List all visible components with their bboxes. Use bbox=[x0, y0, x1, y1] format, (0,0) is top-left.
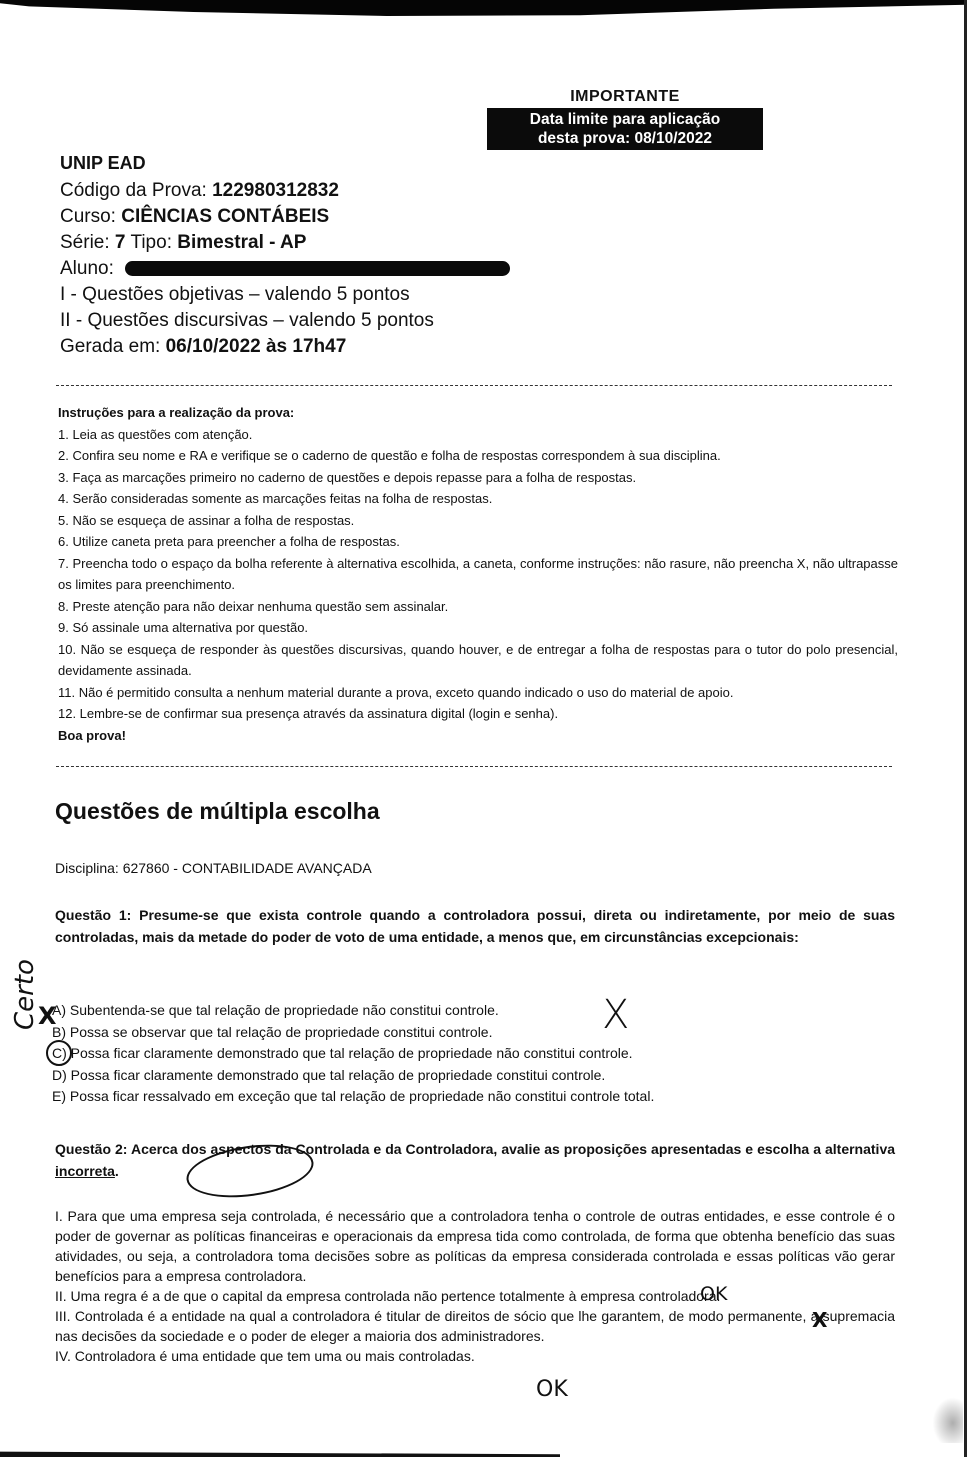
option-d[interactable]: D) Possa ficar claramente demonstrado qu… bbox=[52, 1065, 654, 1087]
instruction-item: 11. Não é permitido consulta a nenhum ma… bbox=[58, 682, 898, 704]
scan-edge-top bbox=[0, 0, 967, 16]
question-2-stem: Questão 2: Acerca dos aspectos da Contro… bbox=[55, 1138, 895, 1182]
series-value: 7 bbox=[115, 232, 126, 253]
instruction-item: 3. Faça as marcações primeiro no caderno… bbox=[58, 467, 898, 489]
discipline: Disciplina: 627860 - CONTABILIDADE AVANÇ… bbox=[55, 860, 372, 876]
question-1-text: Presume-se que exista controle quando a … bbox=[55, 907, 895, 945]
question-1-stem: Questão 1: Presume-se que exista control… bbox=[55, 904, 895, 948]
discursive-line: II - Questões discursivas – valendo 5 po… bbox=[60, 308, 510, 334]
exam-code-row: Código da Prova: 122980312832 bbox=[60, 178, 510, 204]
student-name-redacted bbox=[125, 261, 510, 276]
instruction-item: 1. Leia as questões com atenção. bbox=[58, 424, 898, 446]
exam-code-value: 122980312832 bbox=[212, 180, 339, 201]
instruction-item: 9. Só assinale uma alternativa por quest… bbox=[58, 617, 898, 639]
handwritten-x-ii: X bbox=[812, 1308, 827, 1332]
instructions-title: Instruções para a realização da prova: bbox=[58, 402, 898, 424]
generated-value: 06/10/2022 às 17h47 bbox=[166, 336, 347, 357]
deadline-box: Data limite para aplicação desta prova: … bbox=[487, 108, 763, 150]
question-2-end: . bbox=[115, 1163, 119, 1179]
divider-top bbox=[56, 385, 892, 386]
question-1-label: Questão 1: bbox=[55, 907, 131, 923]
option-e[interactable]: E) Possa ficar ressalvado em exceção que… bbox=[52, 1086, 654, 1108]
generated-row: Gerada em: 06/10/2022 às 17h47 bbox=[60, 334, 510, 360]
proposition-iii: III. Controlada é a entidade na qual a c… bbox=[55, 1306, 895, 1346]
type-value: Bimestral - AP bbox=[177, 232, 306, 253]
deadline-line-2: desta prova: 08/10/2022 bbox=[493, 129, 757, 148]
student-row: Aluno: bbox=[60, 256, 510, 282]
type-label: Tipo: bbox=[130, 232, 172, 253]
org-name: UNIP EAD bbox=[60, 150, 510, 176]
important-notice: IMPORTANTE Data limite para aplicação de… bbox=[487, 88, 763, 150]
course-row: Curso: CIÊNCIAS CONTÁBEIS bbox=[60, 204, 510, 230]
proposition-ii: II. Uma regra é a de que o capital da em… bbox=[55, 1286, 895, 1306]
handwritten-x-mark: X bbox=[602, 992, 629, 1038]
divider-bottom bbox=[56, 766, 892, 767]
handwritten-certo: Certo bbox=[10, 959, 40, 1030]
question-2-label: Questão 2: bbox=[55, 1141, 127, 1157]
student-label: Aluno: bbox=[60, 258, 114, 279]
series-label: Série: bbox=[60, 232, 110, 253]
question-2-propositions: I. Para que uma empresa seja controlada,… bbox=[55, 1206, 895, 1366]
handwritten-circle-option-c bbox=[46, 1040, 72, 1066]
course-value: CIÊNCIAS CONTÁBEIS bbox=[121, 206, 329, 227]
exam-header: UNIP EAD Código da Prova: 122980312832 C… bbox=[60, 150, 510, 360]
scan-edge-bottom bbox=[0, 1448, 560, 1457]
series-row: Série: 7 Tipo: Bimestral - AP bbox=[60, 230, 510, 256]
handwritten-x-option-b: X bbox=[38, 1002, 57, 1030]
course-label: Curso: bbox=[60, 206, 116, 227]
instruction-item: 10. Não se esqueça de responder às quest… bbox=[58, 639, 898, 682]
instruction-item: 2. Confira seu nome e RA e verifique se … bbox=[58, 445, 898, 467]
instruction-item: 6. Utilize caneta preta para preencher a… bbox=[58, 531, 898, 553]
question-1: Questão 1: Presume-se que exista control… bbox=[55, 904, 895, 948]
question-2: Questão 2: Acerca dos aspectos da Contro… bbox=[55, 1138, 895, 1182]
important-title: IMPORTANTE bbox=[487, 88, 763, 106]
deadline-line-1: Data limite para aplicação bbox=[493, 110, 757, 129]
instruction-item: 4. Serão consideradas somente as marcaçõ… bbox=[58, 488, 898, 510]
instruction-item: 5. Não se esqueça de assinar a folha de … bbox=[58, 510, 898, 532]
question-1-options: A) Subentenda-se que tal relação de prop… bbox=[52, 1000, 654, 1108]
instruction-item: 7. Preencha todo o espaço da bolha refer… bbox=[58, 553, 898, 596]
scan-smudge bbox=[929, 1393, 963, 1443]
instruction-item: 8. Preste atenção para não deixar nenhum… bbox=[58, 596, 898, 618]
proposition-iv: IV. Controladora é uma entidade que tem … bbox=[55, 1346, 895, 1366]
handwritten-ok-i: OK bbox=[700, 1283, 727, 1305]
handwritten-ok-iv: OK bbox=[536, 1377, 568, 1402]
proposition-i: I. Para que uma empresa seja controlada,… bbox=[55, 1206, 895, 1286]
exam-code-label: Código da Prova: bbox=[60, 180, 207, 201]
option-c[interactable]: C) Possa ficar claramente demonstrado qu… bbox=[52, 1043, 654, 1065]
instruction-item: 12. Lembre-se de confirmar sua presença … bbox=[58, 703, 898, 725]
good-luck: Boa prova! bbox=[58, 725, 898, 747]
objective-line: I - Questões objetivas – valendo 5 ponto… bbox=[60, 282, 510, 308]
option-b[interactable]: B) Possa se observar que tal relação de … bbox=[52, 1022, 654, 1044]
section-title: Questões de múltipla escolha bbox=[55, 798, 380, 825]
option-a[interactable]: A) Subentenda-se que tal relação de prop… bbox=[52, 1000, 654, 1022]
generated-label: Gerada em: bbox=[60, 336, 160, 357]
question-2-emphasis: incorreta bbox=[55, 1163, 115, 1179]
instructions: Instruções para a realização da prova: 1… bbox=[58, 402, 898, 746]
